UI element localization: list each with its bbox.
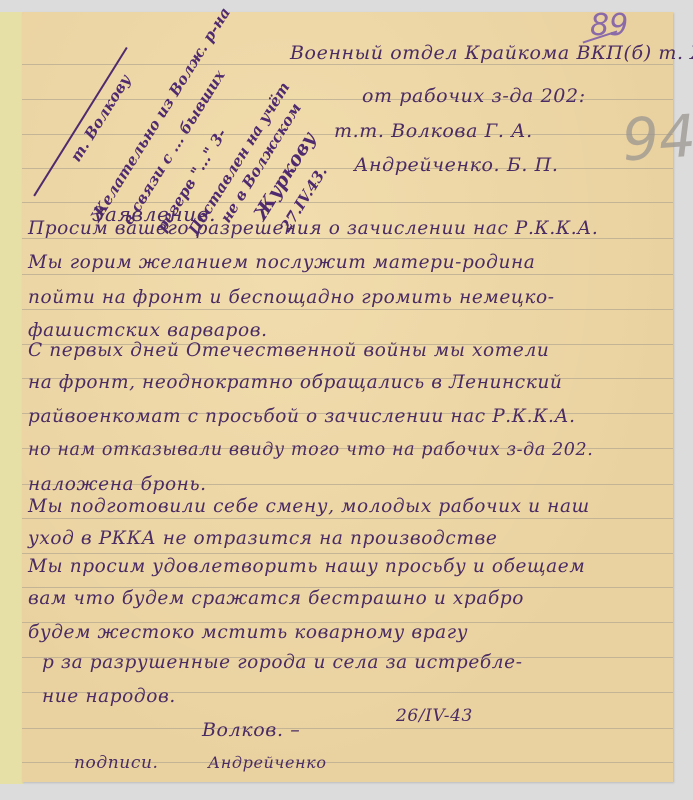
ruled-line <box>22 553 673 554</box>
body-line: Мы горим желанием послужит матери-родина <box>28 252 535 273</box>
body-line: Просим вашего разрешения о зачислении на… <box>28 218 598 239</box>
body-line: Мы просим удовлетворить нашу просьбу и о… <box>28 556 585 577</box>
body-line: С первых дней Отечественной войны мы хот… <box>28 340 549 361</box>
ruled-line <box>22 64 673 65</box>
signature-date: 26/IV-43 <box>396 706 473 726</box>
sender-2: Андрейченко. Б. П. <box>354 154 558 176</box>
sender-1: т.т. Волкова Г. А. <box>334 120 533 142</box>
signature-volkov: Волков. – <box>202 719 300 741</box>
body-line: на фронт, неоднократно обращались в Лени… <box>28 372 562 393</box>
ruled-line <box>22 518 673 519</box>
scanner-edge-strip <box>0 12 24 784</box>
body-line: р за разрушенные города и села за истреб… <box>42 652 523 673</box>
body-line: райвоенкомат с просьбой о зачислении нас… <box>28 406 576 427</box>
body-line: уход в РККА не отразится на производстве <box>28 528 497 549</box>
body-line: наложена бронь. <box>28 474 207 495</box>
signature-andreychenko: Андрейченко <box>208 753 327 772</box>
body-line: будем жестоко мстить коварному врагу <box>28 622 468 643</box>
ruled-line <box>22 274 673 275</box>
addressee-line: Военный отдел Крайкома ВКП(б) т. Журкову <box>290 42 693 64</box>
body-line: фашистских варваров. <box>28 320 268 341</box>
body-line: пойти на фронт и беспощадно громить неме… <box>28 287 555 308</box>
body-line: но нам отказывали ввиду того что на рабо… <box>28 440 593 460</box>
body-line: Мы подготовили себе смену, молодых рабоч… <box>28 496 590 517</box>
body-line: вам что будем сражатся бестрашно и храбр… <box>28 588 524 609</box>
ruled-line <box>22 309 673 310</box>
ruled-line <box>22 728 673 729</box>
from-line: от рабочих з-да 202: <box>362 85 586 107</box>
body-line: ние народов. <box>42 686 176 707</box>
document-page: 89 94 Военный отдел Крайкома ВКП(б) т. Ж… <box>22 12 673 782</box>
signatures-label: подписи. <box>74 753 159 773</box>
pencil-archive-number: 94 <box>620 102 693 175</box>
